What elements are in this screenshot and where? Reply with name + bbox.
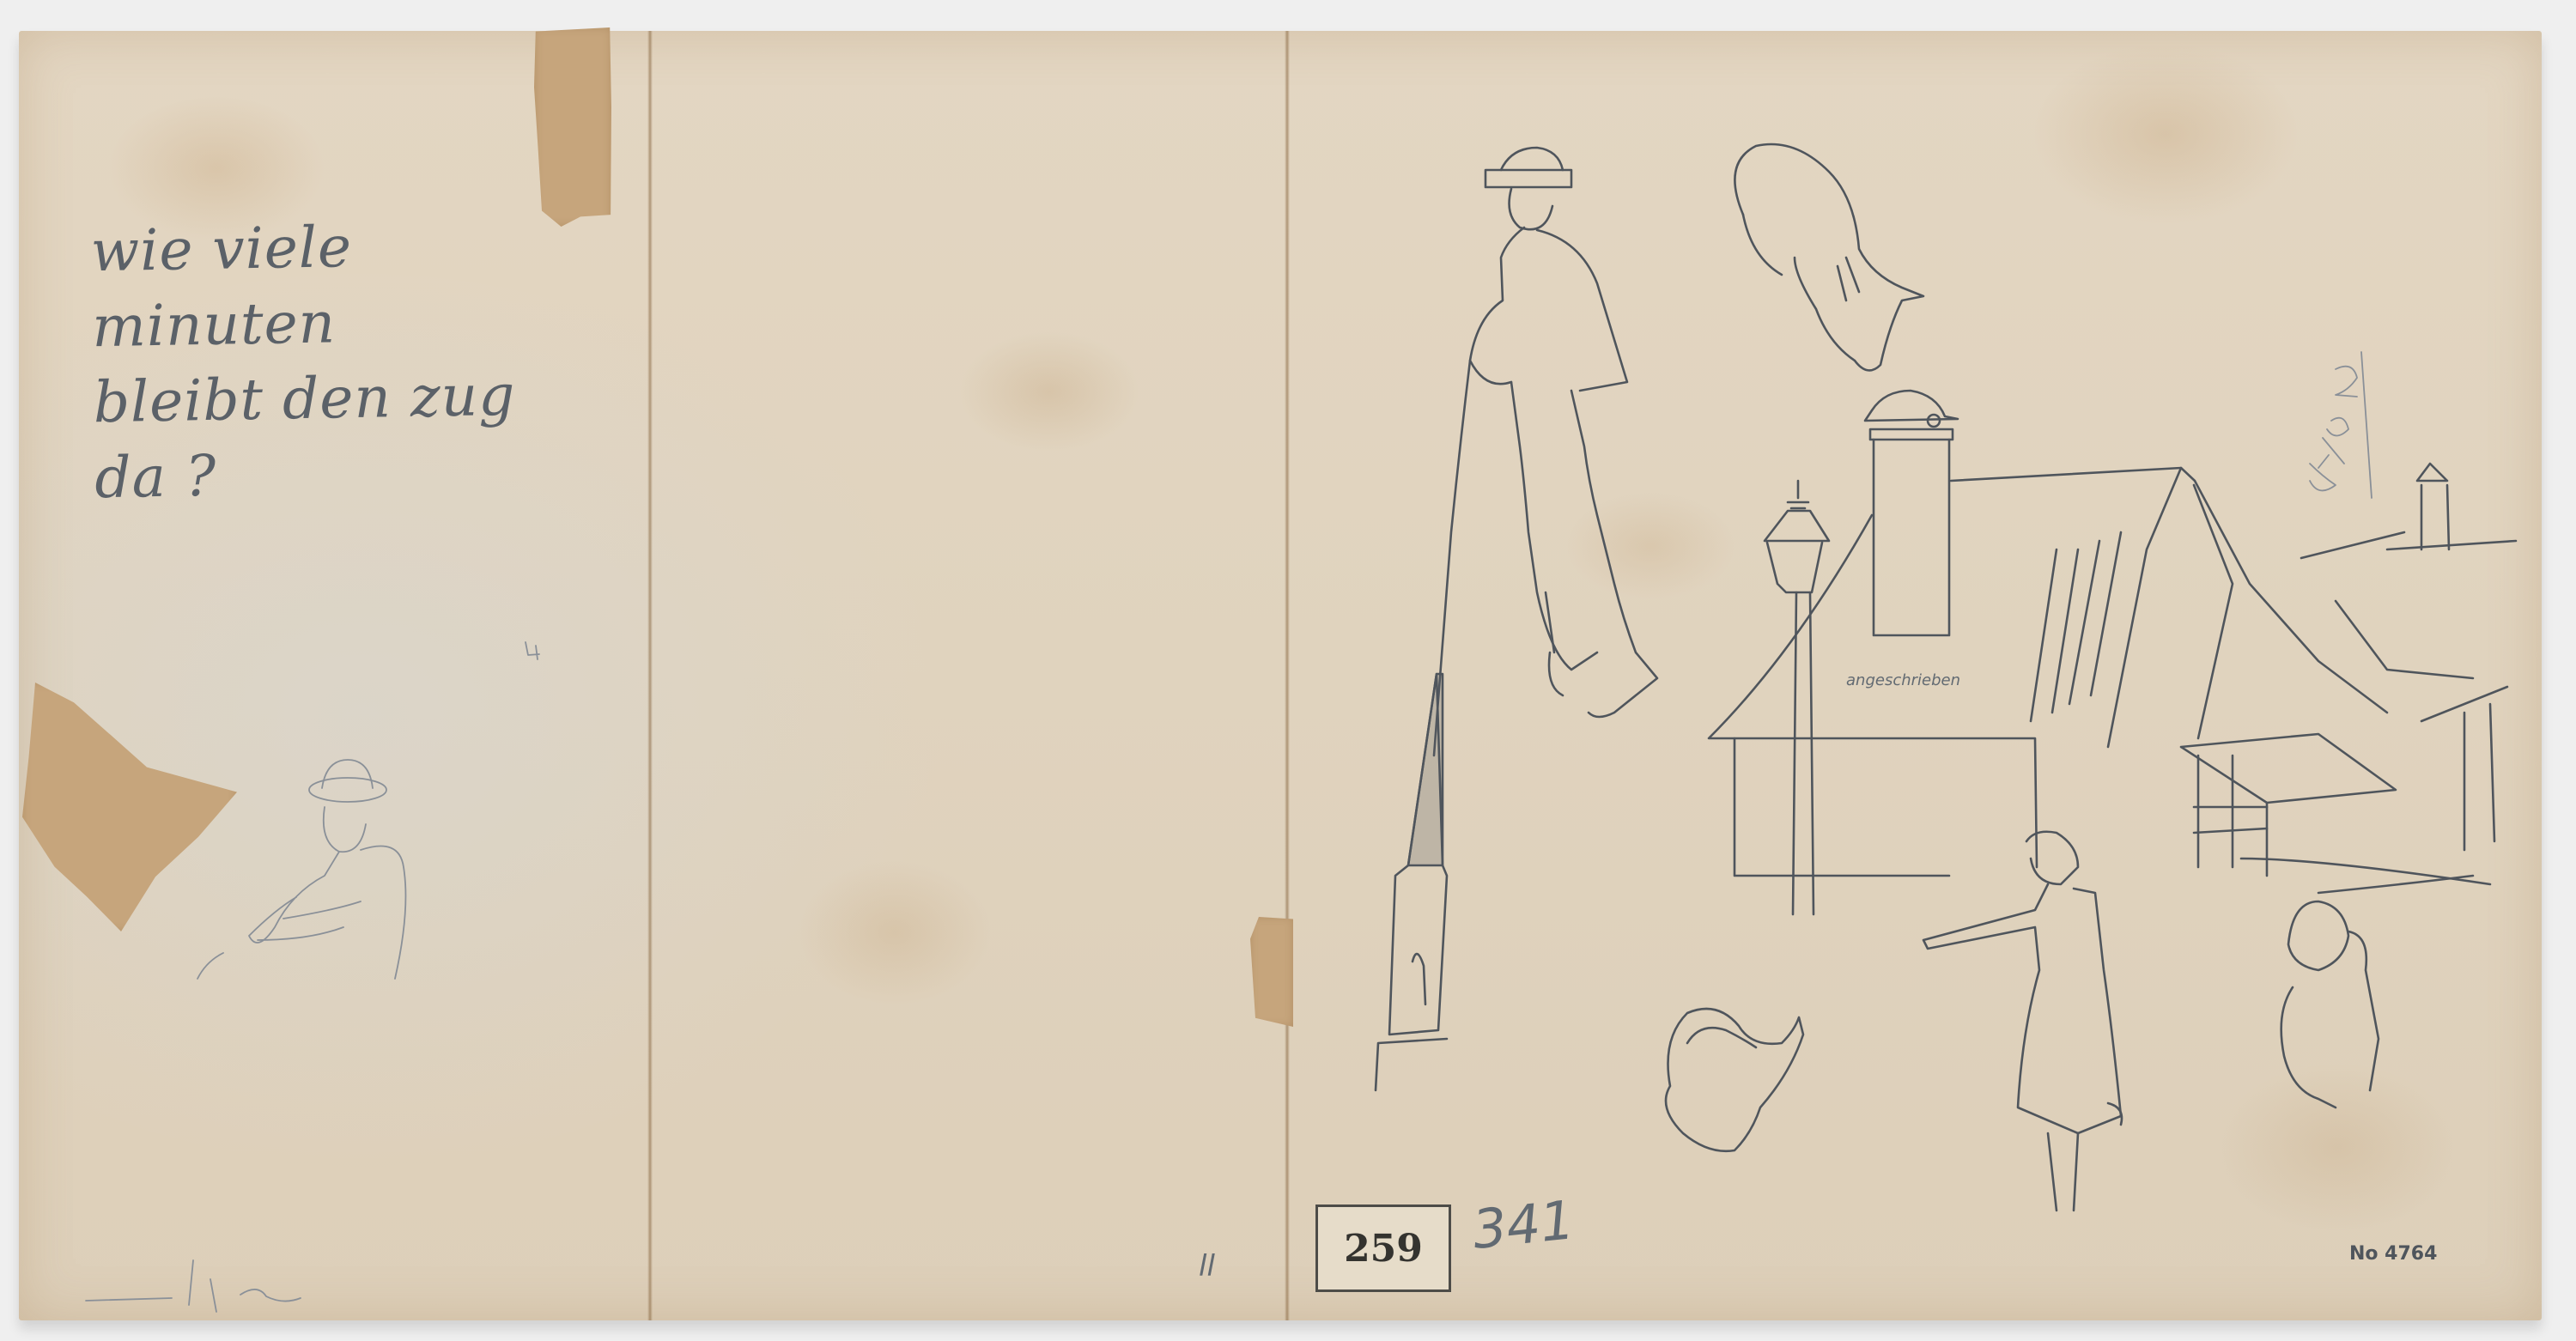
- note-line: minuten: [92, 282, 515, 366]
- handwritten-note: wie viele minuten bleibt den zug da ?: [90, 207, 518, 517]
- fold-line-right: [1285, 31, 1290, 1320]
- folio-number: 341: [1470, 1188, 1577, 1261]
- note-line: wie viele: [90, 207, 513, 290]
- middle-panel-mark: ll: [1199, 1249, 1215, 1283]
- fold-line-left: [647, 31, 653, 1320]
- note-line: bleibt den zug: [93, 358, 516, 441]
- stamp-number: 259: [1344, 1227, 1423, 1271]
- catalog-number: No 4764: [2349, 1243, 2437, 1265]
- building-inscription: angeschrieben: [1846, 671, 1960, 689]
- tape-fold: [1250, 917, 1293, 1027]
- stamp-label: 259: [1315, 1204, 1451, 1292]
- tape-top: [534, 27, 611, 227]
- note-line: da ?: [94, 434, 518, 517]
